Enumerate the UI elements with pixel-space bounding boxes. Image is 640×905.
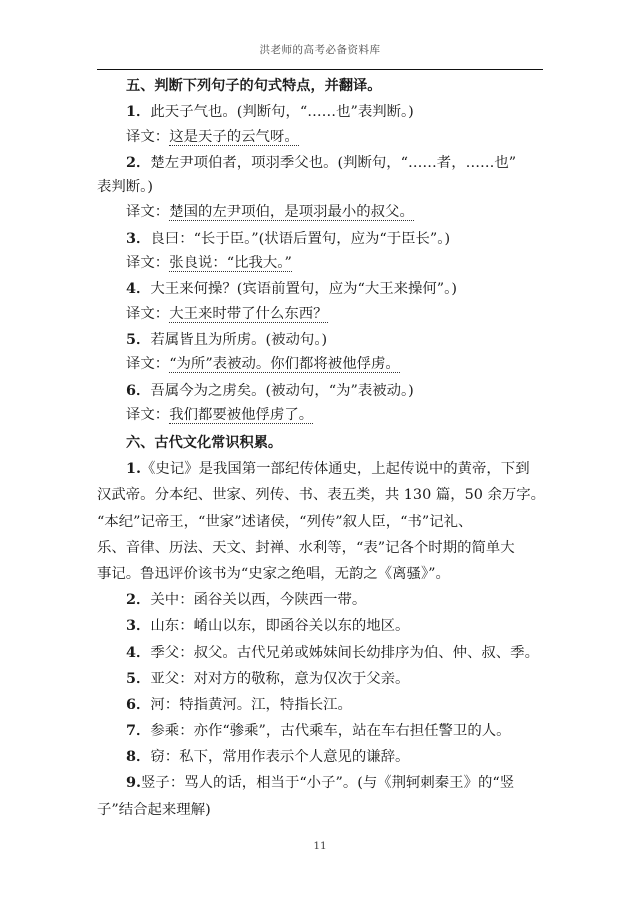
sentence-text: 此天子气也。(判断句，“……也”表判断。)	[150, 104, 413, 120]
translation-text: 楚国的左尹项伯，是项羽最小的叔父。	[169, 204, 414, 221]
knowledge-item-2: 2．关中：函谷关以西，今陕西一带。	[97, 587, 543, 613]
knowledge-item-1-line-4: 乐、音律、历法、天文、封禅、水利等，“表”记各个时期的简单大	[97, 535, 543, 561]
sentence-text: 若属皆且为所虏。(被动句。)	[150, 332, 327, 348]
item-number: 4．	[126, 280, 150, 297]
item-text: 关中：函谷关以西，今陕西一带。	[150, 592, 366, 608]
item-text: 窃：私下，常用作表示个人意见的谦辞。	[150, 749, 409, 765]
translation-label: 译文：	[126, 407, 169, 423]
sentence-text: 楚左尹项伯者，项羽季父也。(判断句，“……者，……也”	[150, 155, 516, 171]
sentence-item-2-continued: 表判断。)	[97, 175, 543, 200]
paragraph-line: “本纪”记帝王，“世家”述诸侯，“列传”叙人臣，“书”记礼、	[97, 514, 472, 530]
item-number: 6．	[126, 382, 150, 399]
sentence-item-4: 4．大王来何操？(宾语前置句，应为“大王来操何”。)	[97, 276, 543, 301]
item-text: 季父：叔父。古代兄弟或姊妹间长幼排序为伯、仲、叔、季。	[150, 645, 539, 661]
item-number: 1．	[126, 103, 150, 120]
item-number: 9.	[126, 774, 141, 791]
knowledge-item-4: 4．季父：叔父。古代兄弟或姊妹间长幼排序为伯、仲、叔、季。	[97, 640, 543, 666]
knowledge-item-7: 7．参乘：亦作“骖乘”，古代乘车，站在车右担任警卫的人。	[97, 718, 543, 744]
sentence-item-3: 3．良曰：“长于臣。”(状语后置句，应为“于臣长”。)	[97, 226, 543, 251]
section-five-heading: 五、判断下列句子的句式特点，并翻译。	[97, 74, 543, 99]
knowledge-item-9-continued: 子”结合起来理解)	[97, 797, 543, 823]
item-number: 6．	[126, 696, 150, 713]
knowledge-item-9: 9.竖子：骂人的话，相当于“小子”。(与《荆轲刺秦王》的“竖	[97, 770, 543, 796]
translation-text: 这是天子的云气呀。	[169, 129, 299, 146]
paragraph-line: 汉武帝。分本纪、世家、列传、书、表五类，共 130 篇，50 余万字。	[97, 487, 545, 503]
translation-item-4: 译文：大王来时带了什么东西？	[97, 302, 543, 327]
translation-label: 译文：	[126, 255, 169, 271]
item-number: 5．	[126, 670, 150, 687]
page-number: 11	[0, 840, 640, 852]
knowledge-item-5: 5．亚父：对对方的敬称，意为仅次于父亲。	[97, 666, 543, 692]
item-text: 子”结合起来理解)	[97, 802, 211, 818]
paragraph-line: 事记。鲁迅评价该书为“史家之绝唱，无韵之《离骚》”。	[97, 566, 450, 582]
knowledge-item-1-line-2: 汉武帝。分本纪、世家、列传、书、表五类，共 130 篇，50 余万字。	[97, 482, 543, 508]
sentence-item-6: 6．吾属今为之虏矣。(被动句，“为”表被动。)	[97, 378, 543, 403]
paragraph-line: 《史记》是我国第一部纪传体通史，上起传说中的黄帝，下到	[141, 461, 530, 477]
knowledge-item-1-line-3: “本纪”记帝王，“世家”述诸侯，“列传”叙人臣，“书”记礼、	[97, 509, 543, 535]
item-number: 8．	[126, 748, 150, 765]
section-six: 六、古代文化常识积累。 1.《史记》是我国第一部纪传体通史，上起传说中的黄帝，下…	[97, 430, 543, 823]
item-number: 2．	[126, 591, 150, 608]
translation-item-5: 译文：“为所”表被动。你们都将被他俘虏。	[97, 352, 543, 377]
item-number: 4．	[126, 644, 150, 661]
item-text: 河：特指黄河。江，特指长江。	[150, 697, 351, 713]
sentence-text: 吾属今为之虏矣。(被动句，“为”表被动。)	[150, 383, 413, 399]
item-text: 山东：崤山以东，即函谷关以东的地区。	[150, 618, 409, 634]
item-number: 3．	[126, 230, 150, 247]
section-six-heading: 六、古代文化常识积累。	[97, 430, 543, 456]
translation-text: “为所”表被动。你们都将被他俘虏。	[169, 356, 400, 373]
item-text: 参乘：亦作“骖乘”，古代乘车，站在车右担任警卫的人。	[150, 723, 510, 739]
sentence-text: 表判断。)	[97, 179, 153, 195]
sentence-text: 大王来何操？(宾语前置句，应为“大王来操何”。)	[150, 281, 457, 297]
knowledge-item-6: 6．河：特指黄河。江，特指长江。	[97, 692, 543, 718]
knowledge-item-3: 3．山东：崤山以东，即函谷关以东的地区。	[97, 613, 543, 639]
translation-item-3: 译文：张良说：“比我大。”	[97, 251, 543, 276]
item-text: 亚父：对对方的敬称，意为仅次于父亲。	[150, 671, 409, 687]
translation-item-2: 译文：楚国的左尹项伯，是项羽最小的叔父。	[97, 200, 543, 225]
sentence-item-1: 1．此天子气也。(判断句，“……也”表判断。)	[97, 99, 543, 124]
page-header-title: 洪老师的高考必备资料库	[0, 42, 640, 57]
section-five: 五、判断下列句子的句式特点，并翻译。 1．此天子气也。(判断句，“……也”表判断…	[97, 74, 543, 428]
knowledge-item-8: 8．窃：私下，常用作表示个人意见的谦辞。	[97, 744, 543, 770]
item-number: 7．	[126, 722, 150, 739]
item-number: 1.	[126, 460, 141, 477]
sentence-item-2: 2．楚左尹项伯者，项羽季父也。(判断句，“……者，……也”	[97, 150, 543, 175]
item-number: 2．	[126, 154, 150, 171]
sentence-item-5: 5．若属皆且为所虏。(被动句。)	[97, 327, 543, 352]
knowledge-item-1: 1.《史记》是我国第一部纪传体通史，上起传说中的黄帝，下到	[97, 456, 543, 482]
knowledge-item-1-line-5: 事记。鲁迅评价该书为“史家之绝唱，无韵之《离骚》”。	[97, 561, 543, 587]
translation-text: 大王来时带了什么东西？	[169, 306, 327, 323]
header-divider	[97, 69, 543, 70]
item-text: 竖子：骂人的话，相当于“小子”。(与《荆轲刺秦王》的“竖	[141, 775, 514, 791]
translation-item-1: 译文：这是天子的云气呀。	[97, 125, 543, 150]
item-number: 5．	[126, 331, 150, 348]
translation-label: 译文：	[126, 204, 169, 220]
translation-label: 译文：	[126, 356, 169, 372]
sentence-text: 良曰：“长于臣。”(状语后置句，应为“于臣长”。)	[150, 231, 450, 247]
translation-label: 译文：	[126, 129, 169, 145]
translation-text: 我们都要被他俘虏了。	[169, 407, 313, 424]
translation-text: 张良说：“比我大。”	[169, 255, 292, 272]
translation-item-6: 译文：我们都要被他俘虏了。	[97, 403, 543, 428]
item-number: 3．	[126, 617, 150, 634]
paragraph-line: 乐、音律、历法、天文、封禅、水利等，“表”记各个时期的简单大	[97, 540, 515, 556]
translation-label: 译文：	[126, 306, 169, 322]
